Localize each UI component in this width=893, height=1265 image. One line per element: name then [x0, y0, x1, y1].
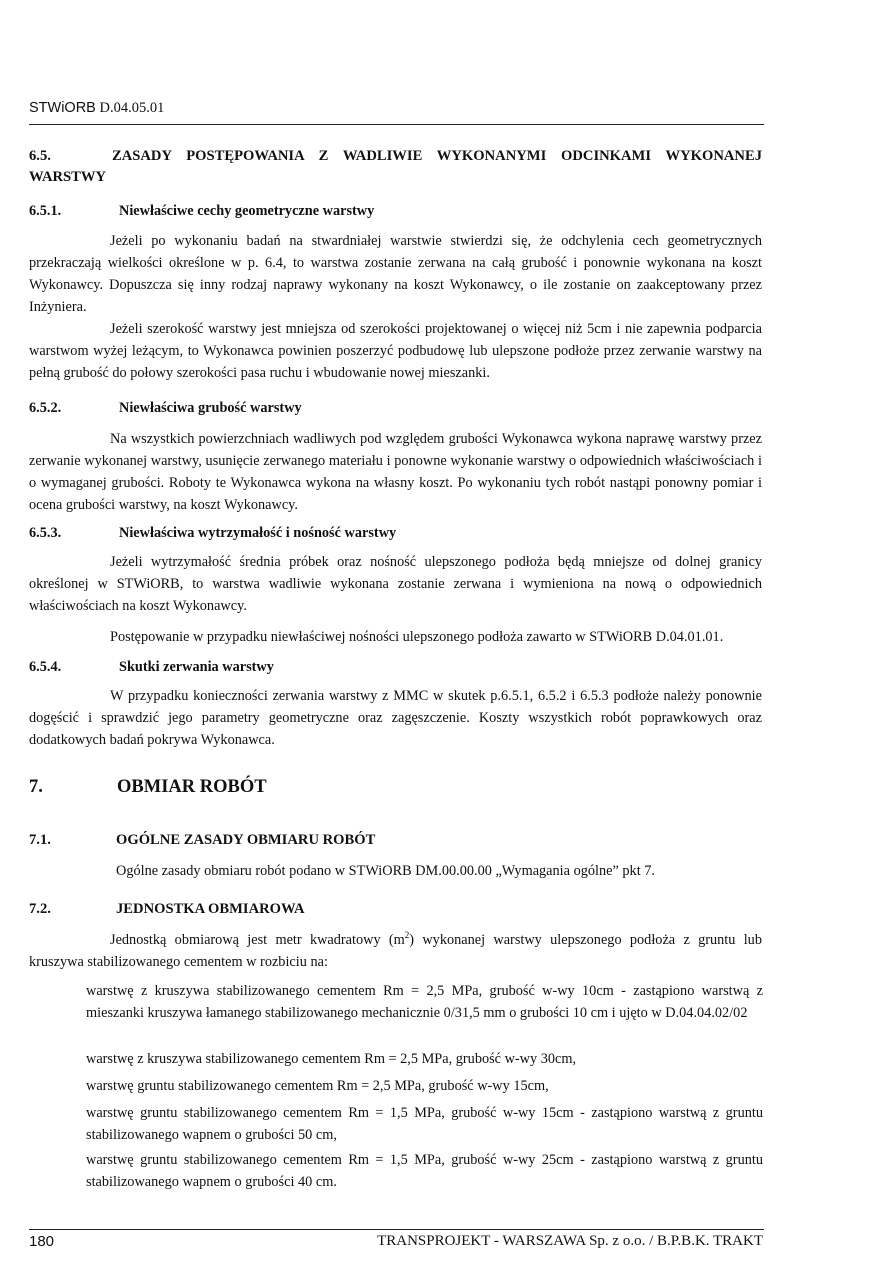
paragraph: Jednostką obmiarową jest metr kwadratowy…	[29, 929, 762, 973]
section-heading-6-5-4: 6.5.4.Skutki zerwania warstwy	[29, 656, 762, 678]
list-item: warstwę gruntu stabilizowanego cementem …	[86, 1149, 763, 1193]
paragraph: Jeżeli po wykonaniu badań na stwardniałe…	[29, 230, 762, 318]
section-heading-6-5-2: 6.5.2.Niewłaściwa grubość warstwy	[29, 397, 762, 419]
footer-rule	[29, 1229, 764, 1230]
paragraph: Postępowanie w przypadku niewłaściwej no…	[29, 626, 762, 648]
list-item: warstwę z kruszywa stabilizowanego cemen…	[86, 1048, 763, 1070]
page-number: 180	[29, 1233, 54, 1250]
document-page: STWiORB D.04.05.01 6.5.ZASADY POSTĘPOWAN…	[0, 0, 893, 1265]
list-item: warstwę gruntu stabilizowanego cementem …	[86, 1075, 763, 1097]
footer-company: TRANSPROJEKT - WARSZAWA Sp. z o.o. / B.P…	[377, 1233, 763, 1250]
header-rule	[29, 124, 764, 125]
doc-code: D.04.05.01	[99, 100, 164, 116]
list-item: warstwę z kruszywa stabilizowanego cemen…	[86, 980, 763, 1024]
section-heading-6-5-1: 6.5.1.Niewłaściwe cechy geometryczne war…	[29, 200, 762, 222]
paragraph: Na wszystkich powierzchniach wadliwych p…	[29, 428, 762, 516]
paragraph: Jeżeli wytrzymałość średnia próbek oraz …	[29, 551, 762, 617]
section-heading-6-5: 6.5.ZASADY POSTĘPOWANIA Z WADLIWIE WYKON…	[29, 146, 762, 188]
chapter-heading-7: 7.OBMIAR ROBÓT	[29, 776, 762, 798]
paragraph: W przypadku konieczności zerwania warstw…	[29, 685, 762, 751]
paragraph: Ogólne zasady obmiaru robót podano w STW…	[29, 860, 762, 882]
section-heading-7-1: 7.1.OGÓLNE ZASADY OBMIARU ROBÓT	[29, 829, 762, 851]
section-heading-6-5-3: 6.5.3.Niewłaściwa wytrzymałość i nośność…	[29, 522, 762, 544]
paragraph: Jeżeli szerokość warstwy jest mniejsza o…	[29, 318, 762, 384]
running-header: STWiORB D.04.05.01	[29, 100, 164, 117]
section-heading-7-2: 7.2.JEDNOSTKA OBMIAROWA	[29, 898, 762, 920]
list-item: warstwę gruntu stabilizowanego cementem …	[86, 1102, 763, 1146]
doc-code-prefix: STWiORB	[29, 100, 96, 116]
